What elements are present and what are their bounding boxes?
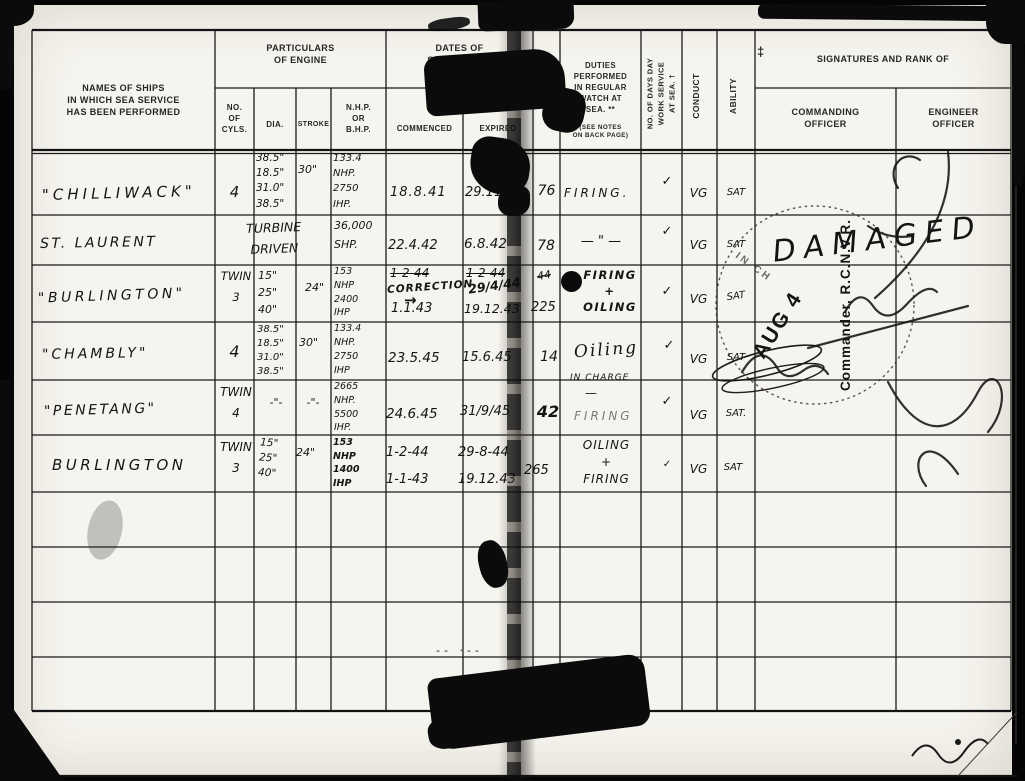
edge-mark-left-lower: [0, 380, 10, 781]
dia-value: 15" 25" 40": [258, 267, 277, 318]
ship-name: "PENETANG": [44, 401, 157, 420]
commenced-value: 1-2-44 1-1-43: [386, 439, 428, 493]
commanding-officer-column-header: COMMANDING OFFICER: [755, 106, 896, 130]
commenced-new-value: 1.1.43: [391, 301, 432, 316]
signature-scrawl: [620, 130, 1025, 530]
nhp-value: 153 NHP 1400 IHP: [333, 436, 359, 490]
cyls-value: TWIN 4: [215, 382, 257, 424]
corner-ink-scrawl: [900, 718, 1020, 776]
cyls-value: 4: [215, 342, 254, 361]
names-column-header: NAMES OF SHIPS IN WHICH SEA SERVICE HAS …: [36, 82, 211, 118]
stroke-column-header: STROKE: [296, 121, 331, 128]
nhp-value: 36,000 SHP.: [334, 216, 373, 254]
days-at-sea-value: 14: [534, 349, 564, 365]
nhp-value: 2665 NHP. 5500 IHP.: [334, 380, 358, 435]
days-at-sea-value: 42: [533, 402, 563, 421]
pencil-dashes: -- ·--: [436, 644, 483, 657]
dia-value: 38.5" 18.5" 31.0" 38.5": [257, 323, 284, 379]
cyls-column-header: NO. OF CYLS.: [215, 102, 254, 135]
commenced-old-value: 1-2-44: [390, 266, 429, 280]
cyls-value: TWIN 3: [215, 437, 257, 479]
cyls-value: 4: [215, 183, 254, 201]
stroke-ditto: -"-: [294, 396, 332, 409]
duties-dash: —: [585, 386, 597, 400]
signatures-group-header: SIGNATURES AND RANK OF: [755, 54, 1011, 64]
dia-value: 38.5" 18.5" 31.0" 38.5": [256, 151, 284, 212]
dia-value: 15" 25" 40": [257, 435, 278, 481]
ink-blot-expired-tail: [498, 186, 530, 216]
ship-name: "CHAMBLY": [42, 345, 149, 363]
edge-mark-left: [0, 0, 14, 90]
binding-stitch-line: [507, 0, 521, 781]
days-old-value: 44: [536, 268, 552, 283]
engineer-officer-column-header: ENGINEER OFFICER: [896, 106, 1011, 130]
nhp-value: 153 NHP 2400 IHP: [334, 265, 358, 320]
commenced-column-header: COMMENCED: [386, 124, 463, 133]
nhp-value: 133.4 NHP. 2750 IHP: [334, 322, 361, 378]
dia-ditto: -"-: [256, 396, 296, 409]
scanned-record-page: NAMES OF SHIPS IN WHICH SEA SERVICE HAS …: [0, 0, 1025, 781]
engine-group-header: PARTICULARS OF ENGINE: [215, 42, 386, 66]
edge-mark-top-right: [758, 4, 1014, 22]
nhp-column-header: N.H.P. OR B.H.P.: [331, 102, 386, 135]
binding-top-smudge: [478, 0, 575, 32]
ink-dot-duties: [561, 271, 582, 292]
ship-name: ST. LAURENT: [40, 234, 158, 252]
days-at-sea-value: 76: [533, 183, 560, 199]
stroke-value: 30": [298, 163, 317, 176]
commenced-value: 23.5.45: [388, 350, 440, 366]
stroke-value: 24": [296, 281, 333, 294]
nhp-value: 133.4 NHP. 2750 IHP.: [333, 151, 362, 212]
commenced-value: 22.4.42: [388, 238, 438, 253]
double-dagger-mark: ‡: [757, 44, 765, 59]
cyls-value: TWIN 3: [215, 266, 257, 308]
commenced-value: 24.6.45: [386, 406, 438, 422]
stroke-value: 30": [299, 336, 318, 349]
stroke-value: 24": [296, 446, 315, 459]
dia-column-header: DIA.: [254, 120, 296, 129]
edge-mark-right: [1012, 36, 1025, 186]
turbine-driven-note: TURBINE DRIVEN: [215, 215, 332, 261]
commenced-value: 18.8.41: [390, 185, 447, 200]
ship-name: BURLINGTON: [52, 456, 187, 474]
